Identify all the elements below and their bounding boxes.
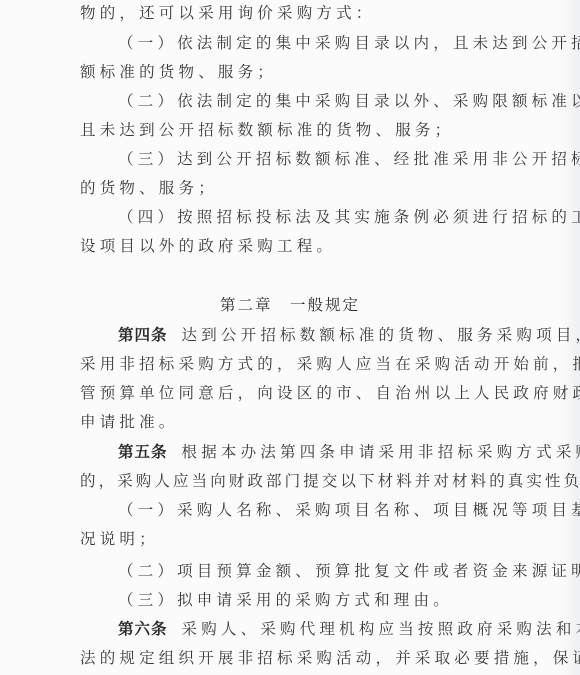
text-line: 的货物、服务；	[80, 178, 500, 198]
article-5-first-line: 第五条根据本办法第四条申请采用非招标采购方式采购	[80, 442, 500, 462]
article-6-first-line: 第六条采购人、采购代理机构应当按照政府采购法和本办	[80, 619, 500, 639]
article-label: 第五条	[118, 442, 168, 461]
text-line: 管预算单位同意后，向设区的市、自治州以上人民政府财政部门	[80, 383, 500, 403]
article-text: 达到公开招标数额标准的货物、服务采购项目，拟	[182, 326, 580, 344]
text-line: 且未达到公开招标数额标准的货物、服务；	[80, 120, 500, 140]
list-item-1: （一）采购人名称、采购项目名称、项目概况等项目基本情	[80, 500, 500, 520]
list-item-2: （二）依法制定的集中采购目录以外、采购限额标准以上，	[80, 91, 500, 111]
article-text: 根据本办法第四条申请采用非招标采购方式采购	[182, 443, 580, 461]
article-4-first-line: 第四条达到公开招标数额标准的货物、服务采购项目，拟	[80, 325, 500, 345]
text-line: 物的，还可以采用询价采购方式：	[80, 3, 500, 23]
article-label: 第四条	[118, 325, 168, 344]
list-item-3: （三）达到公开招标数额标准、经批准采用非公开招标方式	[80, 149, 500, 169]
list-item-4: （四）按照招标投标法及其实施条例必须进行招标的工程建	[80, 207, 500, 227]
list-item-1: （一）依法制定的集中采购目录以内，且未达到公开招标数	[80, 33, 500, 53]
text-line: 额标准的货物、服务；	[80, 62, 500, 82]
text-line: 况说明；	[80, 529, 500, 549]
text-line: 法的规定组织开展非招标采购活动，并采取必要措施，保证评审	[80, 648, 500, 668]
article-label: 第六条	[118, 619, 168, 638]
text-line: 申请批准。	[80, 412, 500, 432]
list-item-2: （二）项目预算金额、预算批复文件或者资金来源证明；	[80, 561, 500, 581]
text-line: 设项目以外的政府采购工程。	[80, 236, 500, 256]
list-item-3: （三）拟申请采用的采购方式和理由。	[80, 590, 500, 610]
text-line: 的，采购人应当向财政部门提交以下材料并对材料的真实性负责：	[80, 471, 500, 491]
article-text: 采购人、采购代理机构应当按照政府采购法和本办	[182, 620, 580, 638]
chapter-heading: 第二章 一般规定	[80, 295, 500, 315]
text-line: 采用非招标采购方式的，采购人应当在采购活动开始前，报经主	[80, 354, 500, 374]
